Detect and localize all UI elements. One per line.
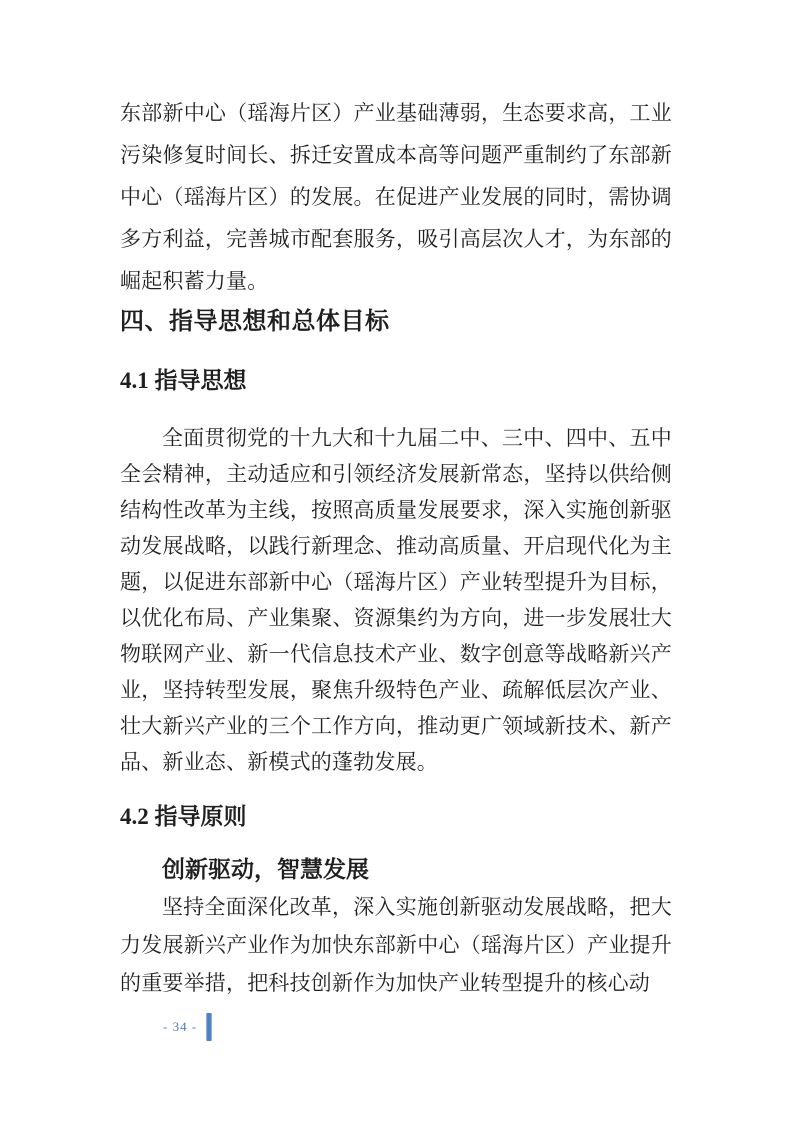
text-cursor [206, 1013, 212, 1041]
section-heading: 四、指导思想和总体目标 [120, 306, 672, 338]
principle-heading: 创新驱动，智慧发展 [120, 856, 672, 884]
page-content: 东部新中心（瑶海片区）产业基础薄弱，生态要求高，工业污染修复时间长、拆迁安置成本… [120, 0, 672, 1002]
guiding-thought-paragraph: 全面贯彻党的十九大和十九届二中、三中、四中、五中全会精神，主动适应和引领经济发展… [120, 420, 672, 780]
page-footer: - 34 - [163, 1013, 212, 1041]
subsection-heading-4-2: 4.2 指导原则 [120, 802, 672, 832]
opening-paragraph: 东部新中心（瑶海片区）产业基础薄弱，生态要求高，工业污染修复时间长、拆迁安置成本… [120, 0, 672, 302]
document-page: 东部新中心（瑶海片区）产业基础薄弱，生态要求高，工业污染修复时间长、拆迁安置成本… [0, 0, 793, 1122]
subsection-heading-4-1: 4.1 指导思想 [120, 366, 672, 396]
principle-paragraph: 坚持全面深化改革，深入实施创新驱动发展战略，把大力发展新兴产业作为加快东部新中心… [120, 888, 672, 1002]
page-number[interactable]: - 34 - [163, 1019, 197, 1035]
